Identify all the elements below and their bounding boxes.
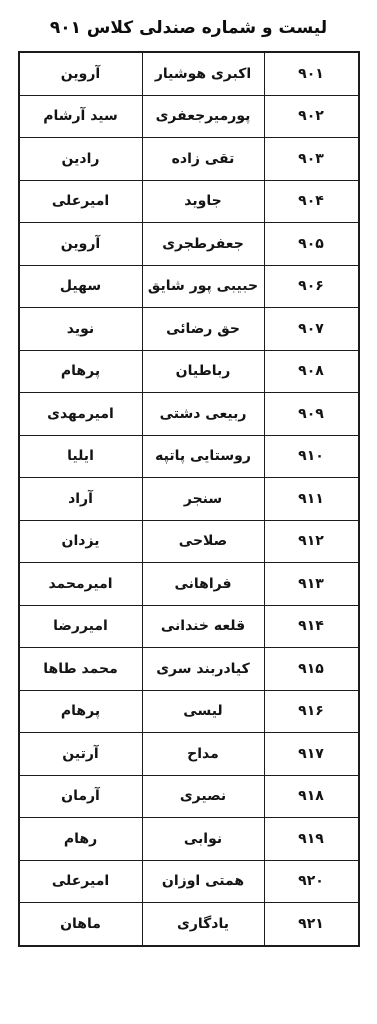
table-row: ۹۱۹ نوابی رهام <box>19 818 359 861</box>
table-row: ۹۱۱ سنجر آراد <box>19 478 359 521</box>
last-name-cell: جاوید <box>142 180 264 223</box>
first-name-cell: امیرمحمد <box>19 563 143 606</box>
first-name-cell: پرهام <box>19 350 143 393</box>
seat-number-cell: ۹۱۸ <box>264 775 359 818</box>
first-name-cell: آروین <box>19 223 143 266</box>
last-name-cell: مداح <box>142 733 264 776</box>
first-name-cell: محمد طاها <box>19 648 143 691</box>
seat-number-cell: ۹۲۱ <box>264 903 359 946</box>
seat-number-cell: ۹۰۲ <box>264 95 359 138</box>
last-name-cell: ربیعی دشتی <box>142 393 264 436</box>
table-row: ۹۰۸ رباطیان پرهام <box>19 350 359 393</box>
first-name-cell: امیرمهدی <box>19 393 143 436</box>
last-name-cell: همتی اوزان <box>142 860 264 903</box>
table-row: ۹۱۳ فراهانی امیرمحمد <box>19 563 359 606</box>
last-name-cell: حبیبی پور شایق <box>142 265 264 308</box>
seat-number-cell: ۹۱۱ <box>264 478 359 521</box>
first-name-cell: پرهام <box>19 690 143 733</box>
last-name-cell: روستایی پاتپه <box>142 435 264 478</box>
last-name-cell: کیادربند سری <box>142 648 264 691</box>
table-row: ۹۲۱ یادگاری ماهان <box>19 903 359 946</box>
seat-table-body: ۹۰۱ اکبری هوشیار آروین ۹۰۲ پورمیرجعفری س… <box>19 52 359 946</box>
table-row: ۹۰۷ حق رضائی نوید <box>19 308 359 351</box>
first-name-cell: ماهان <box>19 903 143 946</box>
table-row: ۹۰۱ اکبری هوشیار آروین <box>19 52 359 95</box>
table-row: ۹۱۲ صلاحی یزدان <box>19 520 359 563</box>
seat-number-cell: ۹۰۹ <box>264 393 359 436</box>
table-row: ۹۱۷ مداح آرتین <box>19 733 359 776</box>
table-row: ۹۱۵ کیادربند سری محمد طاها <box>19 648 359 691</box>
seat-number-cell: ۹۱۲ <box>264 520 359 563</box>
last-name-cell: اکبری هوشیار <box>142 52 264 95</box>
table-row: ۹۰۳ تقی زاده رادین <box>19 138 359 181</box>
first-name-cell: آروین <box>19 52 143 95</box>
first-name-cell: آرتین <box>19 733 143 776</box>
last-name-cell: پورمیرجعفری <box>142 95 264 138</box>
first-name-cell: آرمان <box>19 775 143 818</box>
table-row: ۹۰۶ حبیبی پور شایق سهیل <box>19 265 359 308</box>
last-name-cell: جعفرطجری <box>142 223 264 266</box>
first-name-cell: رادین <box>19 138 143 181</box>
seat-number-cell: ۹۰۶ <box>264 265 359 308</box>
last-name-cell: حق رضائی <box>142 308 264 351</box>
first-name-cell: امیرعلی <box>19 180 143 223</box>
last-name-cell: صلاحی <box>142 520 264 563</box>
last-name-cell: نوابی <box>142 818 264 861</box>
seat-number-cell: ۹۰۴ <box>264 180 359 223</box>
seat-list-table: ۹۰۱ اکبری هوشیار آروین ۹۰۲ پورمیرجعفری س… <box>18 51 360 947</box>
first-name-cell: نوید <box>19 308 143 351</box>
table-row: ۹۰۲ پورمیرجعفری سید آرشام <box>19 95 359 138</box>
seat-number-cell: ۹۱۳ <box>264 563 359 606</box>
seat-number-cell: ۹۱۰ <box>264 435 359 478</box>
seat-number-cell: ۹۰۵ <box>264 223 359 266</box>
table-row: ۹۰۵ جعفرطجری آروین <box>19 223 359 266</box>
seat-number-cell: ۹۱۵ <box>264 648 359 691</box>
seat-number-cell: ۹۰۱ <box>264 52 359 95</box>
seat-number-cell: ۹۱۴ <box>264 605 359 648</box>
last-name-cell: یادگاری <box>142 903 264 946</box>
seat-number-cell: ۹۰۳ <box>264 138 359 181</box>
table-row: ۹۱۶ لیسی پرهام <box>19 690 359 733</box>
last-name-cell: قلعه خندانی <box>142 605 264 648</box>
seat-number-cell: ۹۱۹ <box>264 818 359 861</box>
first-name-cell: سهیل <box>19 265 143 308</box>
first-name-cell: امیررضا <box>19 605 143 648</box>
table-row: ۹۱۰ روستایی پاتپه ایلیا <box>19 435 359 478</box>
table-row: ۹۲۰ همتی اوزان امیرعلی <box>19 860 359 903</box>
seat-number-cell: ۹۲۰ <box>264 860 359 903</box>
document-page: لیست و شماره صندلی کلاس ۹۰۱ ۹۰۱ اکبری هو… <box>0 0 377 1024</box>
first-name-cell: یزدان <box>19 520 143 563</box>
first-name-cell: ایلیا <box>19 435 143 478</box>
last-name-cell: تقی زاده <box>142 138 264 181</box>
seat-number-cell: ۹۱۷ <box>264 733 359 776</box>
table-row: ۹۱۸ نصیری آرمان <box>19 775 359 818</box>
seat-number-cell: ۹۱۶ <box>264 690 359 733</box>
page-title: لیست و شماره صندلی کلاس ۹۰۱ <box>0 18 377 38</box>
first-name-cell: سید آرشام <box>19 95 143 138</box>
last-name-cell: رباطیان <box>142 350 264 393</box>
first-name-cell: آراد <box>19 478 143 521</box>
seat-number-cell: ۹۰۷ <box>264 308 359 351</box>
last-name-cell: نصیری <box>142 775 264 818</box>
table-row: ۹۱۴ قلعه خندانی امیررضا <box>19 605 359 648</box>
seat-number-cell: ۹۰۸ <box>264 350 359 393</box>
first-name-cell: رهام <box>19 818 143 861</box>
table-row: ۹۰۴ جاوید امیرعلی <box>19 180 359 223</box>
first-name-cell: امیرعلی <box>19 860 143 903</box>
last-name-cell: فراهانی <box>142 563 264 606</box>
table-row: ۹۰۹ ربیعی دشتی امیرمهدی <box>19 393 359 436</box>
last-name-cell: لیسی <box>142 690 264 733</box>
last-name-cell: سنجر <box>142 478 264 521</box>
